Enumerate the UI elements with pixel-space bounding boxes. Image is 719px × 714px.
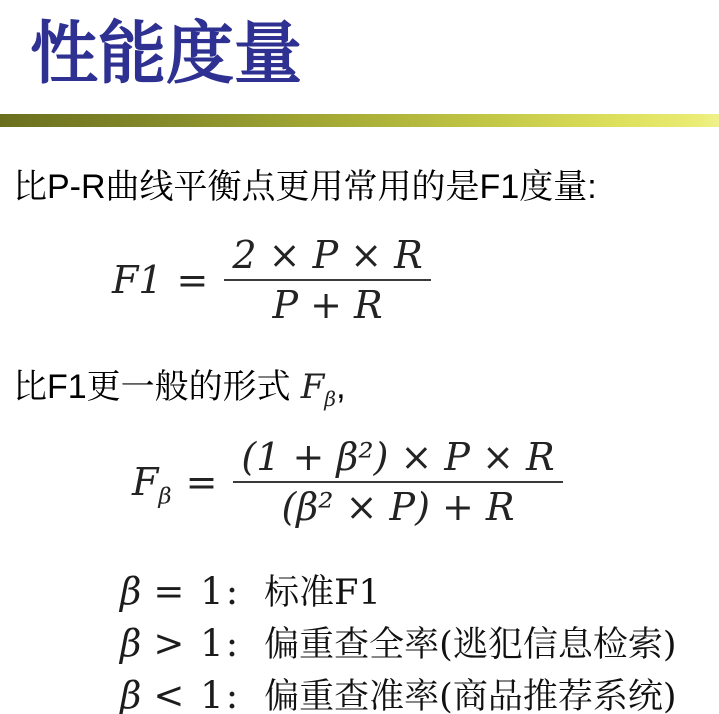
f-beta-lhs: Fβ: [132, 460, 172, 504]
f1-numerator: 2 × P × R: [224, 233, 430, 279]
f1-denominator: P + R: [264, 281, 390, 327]
f-beta-equals-sign: =: [186, 460, 218, 504]
beta-symbol: β: [120, 621, 141, 667]
f-beta-lhs-base: F: [132, 460, 158, 504]
trailing-comma: ,: [336, 368, 345, 406]
beta-case-row-less: β < 1: 偏重查准率(商品推荐系统): [120, 673, 719, 714]
f1-equals-sign: =: [177, 258, 209, 302]
f-beta-subscript: β: [324, 387, 336, 411]
f1-lhs: F1: [112, 258, 163, 302]
f1-formula: F1 = 2 × P × R P + R: [112, 233, 719, 327]
beta-relation: = 1:: [153, 569, 240, 615]
f-beta-formula: Fβ = (1 + β²) × P × R (β² × P) + R: [132, 435, 719, 529]
accent-bar: [0, 114, 719, 127]
beta-symbol: β: [120, 673, 141, 714]
f-beta-lhs-subscript: β: [158, 484, 171, 510]
beta-cases: β = 1: 标准F1 β > 1: 偏重查全率(逃犯信息检索) β < 1: …: [120, 569, 719, 714]
beta-symbol: β: [120, 569, 141, 615]
f-beta-inline-symbol: Fβ: [301, 367, 336, 407]
f-beta-fraction: (1 + β²) × P × R (β² × P) + R: [233, 435, 562, 529]
f-beta-numerator: (1 + β²) × P × R: [233, 435, 562, 481]
beta-case-row-greater: β > 1: 偏重查全率(逃犯信息检索): [120, 621, 719, 668]
beta-description: 偏重查准率(商品推荐系统): [264, 674, 676, 714]
f1-fraction: 2 × P × R P + R: [224, 233, 430, 327]
slide-title: 性能度量: [30, 8, 719, 100]
general-form-prefix: 比F1更一般的形式: [13, 368, 291, 406]
general-form-text: 比F1更一般的形式Fβ,: [13, 365, 719, 409]
beta-description: 偏重查全率(逃犯信息检索): [264, 622, 676, 668]
intro-text: 比P-R曲线平衡点更用常用的是F1度量:: [13, 165, 719, 209]
f-beta-base: F: [301, 367, 325, 407]
beta-relation: > 1:: [153, 621, 240, 667]
f-beta-denominator: (β² × P) + R: [273, 483, 522, 529]
beta-relation: < 1:: [153, 673, 240, 714]
beta-description: 标准F1: [264, 570, 381, 616]
slide: 性能度量 比P-R曲线平衡点更用常用的是F1度量: F1 = 2 × P × R…: [0, 0, 719, 714]
beta-case-row-equal: β = 1: 标准F1: [120, 569, 719, 616]
